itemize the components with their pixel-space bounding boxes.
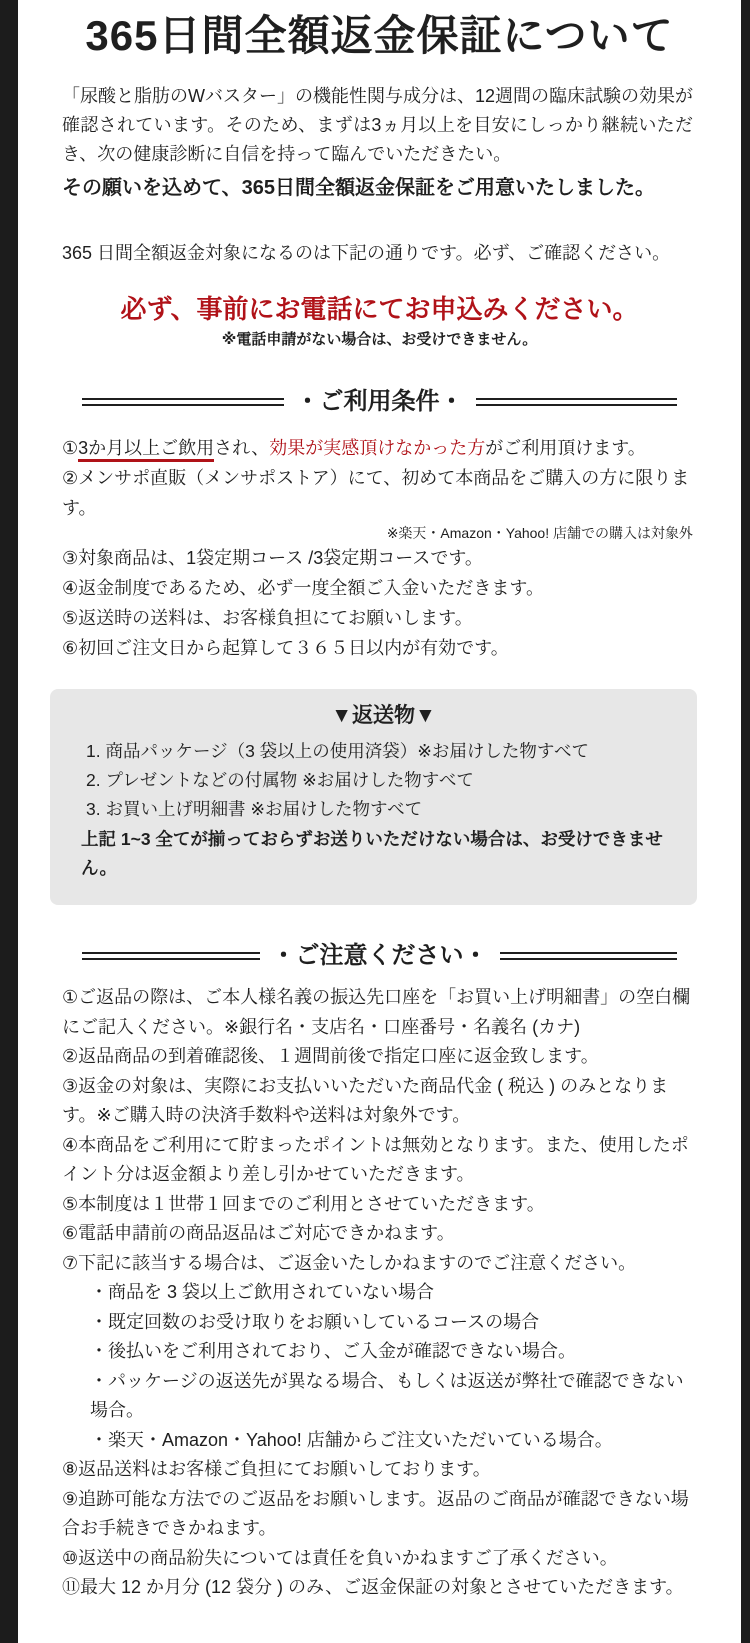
condition-1-suffix: がご利用頂けます。 (485, 438, 646, 458)
caution-item-6: ⑥電話申請前の商品返品はご対応できかねます。 (62, 1219, 697, 1249)
caution-item-11: ⑪最大 12 か月分 (12 袋分 ) のみ、ご返金保証の対象とさせていただきま… (62, 1573, 697, 1603)
returns-box-item-2: 2. プレゼントなどの付属物 ※お届けした物すべて (86, 766, 681, 795)
caution-item-3: ③返金の対象は、実際にお支払いいただいた商品代金 ( 税込 ) のみとなります。… (62, 1072, 697, 1131)
caution-item-7-bullet-5: ・楽天・Amazon・Yahoo! 店舗からご注文いただいている場合。 (62, 1426, 697, 1456)
caution-item-7-bullet-3: ・後払いをご利用されており、ご入金が確認できない場合。 (62, 1337, 697, 1367)
returns-box-item-1: 1. 商品パッケージ（3 袋以上の使用済袋）※お届けした物すべて (86, 737, 681, 766)
caution-item-7-bullet-1: ・商品を 3 袋以上ご飲用されていない場合 (62, 1278, 697, 1308)
returns-box-warning: 上記 1~3 全てが揃っておらずお送りいただけない場合は、お受けできません。 (81, 825, 681, 883)
conditions-section-heading: ・ご利用条件・ (82, 387, 677, 417)
condition-item-2: ②メンサポ直販（メンサポストア）にて、初めて本商品をご購入の方に限ります。 (62, 463, 693, 523)
returns-box-items: 1. 商品パッケージ（3 袋以上の使用済袋）※お届けした物すべて 2. プレゼン… (86, 737, 681, 824)
intro-pledge: その願いを込めて、365日間全額返金保証をご用意いたしました。 (62, 174, 693, 203)
caution-item-8: ⑧返品送料はお客様ご負担にてお願いしております。 (62, 1455, 697, 1485)
condition-1-underlined-text: 3か月以上ご飲用 (78, 438, 214, 462)
condition-item-2-note: ※楽天・Amazon・Yahoo! 店舗での購入は対象外 (62, 523, 693, 543)
caution-item-7-bullet-2: ・既定回数のお受け取りをお願いしているコースの場合 (62, 1308, 697, 1338)
returns-box-item-3: 3. お買い上げ明細書 ※お届けした物すべて (86, 795, 681, 824)
refund-guarantee-page: 365日間全額返金保証について 「尿酸と脂肪のWバスター」の機能性関与成分は、1… (0, 0, 750, 1643)
caution-item-7: ⑦下記に該当する場合は、ご返金いたしかねますのでご注意ください。 (62, 1249, 697, 1279)
condition-1-mid: され、 (214, 438, 269, 458)
caution-item-5: ⑤本制度は１世帯１回までのご利用とさせていただきます。 (62, 1190, 697, 1220)
intro-paragraph: 「尿酸と脂肪のWバスター」の機能性関与成分は、12週間の臨床試験の効果が確認され… (62, 82, 693, 169)
phone-apply-subnote: ※電話申請がない場合は、お受けできません。 (18, 329, 741, 351)
double-rule-left (82, 952, 260, 960)
phone-apply-headline: 必ず、事前にお電話にてお申込みください。 (18, 292, 741, 326)
cautions-list: ①ご返品の際は、ご本人様名義の振込先口座を「お買い上げ明細書」の空白欄にご記入く… (62, 983, 697, 1603)
caution-item-9: ⑨追跡可能な方法でのご返品をお願いします。返品のご商品が確認できない場合お手続き… (62, 1485, 697, 1544)
condition-1-red-text: 効果が実感頂けなかった方 (269, 438, 485, 458)
page-title: 365日間全額返金保証について (18, 12, 741, 60)
condition-1-prefix: ① (62, 438, 78, 458)
caution-item-7-bullet-4: ・パッケージの返送先が異なる場合、もしくは返送が弊社で確認できない場合。 (62, 1367, 697, 1426)
condition-item-1: ①3か月以上ご飲用され、効果が実感頂けなかった方がご利用頂けます。 (62, 433, 693, 463)
returns-box: ▼返送物▼ 1. 商品パッケージ（3 袋以上の使用済袋）※お届けした物すべて 2… (50, 689, 697, 905)
returns-box-heading: ▼返送物▼ (86, 701, 681, 731)
page-content: 365日間全額返金保証について 「尿酸と脂肪のWバスター」の機能性関与成分は、1… (0, 0, 750, 1643)
double-rule-left (82, 398, 284, 406)
condition-item-4: ④返金制度であるため、必ず一度全額ご入金いただきます。 (62, 573, 693, 603)
conditions-list: ①3か月以上ご飲用され、効果が実感頂けなかった方がご利用頂けます。 ②メンサポ直… (62, 433, 693, 663)
caution-item-4: ④本商品をご利用にて貯まったポイントは無効となります。また、使用したポイント分は… (62, 1131, 697, 1190)
caution-item-1: ①ご返品の際は、ご本人様名義の振込先口座を「お買い上げ明細書」の空白欄にご記入く… (62, 983, 697, 1042)
cautions-heading-text: ・ご注意ください・ (272, 941, 488, 971)
condition-item-6: ⑥初回ご注文日から起算して３６５日以内が有効です。 (62, 633, 693, 663)
double-rule-right (500, 952, 678, 960)
caution-item-2: ②返品商品の到着確認後、１週間前後で指定口座に返金致します。 (62, 1042, 697, 1072)
cautions-section-heading: ・ご注意ください・ (82, 941, 677, 971)
caution-item-10: ⑩返送中の商品紛失については責任を負いかねますご了承ください。 (62, 1544, 697, 1574)
condition-item-3: ③対象商品は、1袋定期コース /3袋定期コースです。 (62, 543, 693, 573)
condition-item-5: ⑤返送時の送料は、お客様負担にてお願いします。 (62, 603, 693, 633)
double-rule-right (476, 398, 678, 406)
intro-confirm-note: 365 日間全額返金対象になるのは下記の通りです。必ず、ご確認ください。 (62, 239, 693, 268)
conditions-heading-text: ・ご利用条件・ (296, 387, 464, 417)
